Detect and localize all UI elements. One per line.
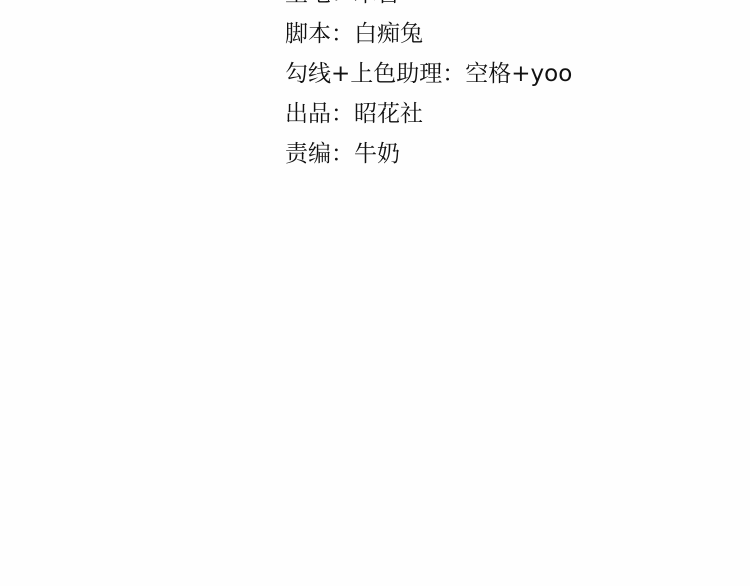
credit-line-lead-artist: 主笔：木吉 <box>285 0 572 14</box>
credit-line-assistants: 勾线+上色助理：空格+yoo <box>285 54 572 94</box>
credit-name: 白痴兔 <box>354 21 423 47</box>
credit-role: 主笔 <box>285 0 331 7</box>
credit-line-producer: 出品：昭花社 <box>285 94 572 134</box>
credit-role: 责编 <box>285 141 331 167</box>
credit-name: 空格+yoo <box>465 61 572 87</box>
credit-name: 昭花社 <box>354 101 423 127</box>
credit-role: 勾线+上色助理 <box>285 61 442 87</box>
credit-role: 出品 <box>285 101 331 127</box>
credit-line-script: 脚本：白痴兔 <box>285 14 572 54</box>
credit-line-editor: 责编：牛奶 <box>285 134 572 174</box>
credit-separator: ： <box>442 61 465 87</box>
credit-separator: ： <box>331 21 354 47</box>
credit-role: 脚本 <box>285 21 331 47</box>
credit-name: 木吉 <box>354 0 400 7</box>
credit-separator: ： <box>331 0 354 7</box>
credits-list: 主笔：木吉 脚本：白痴兔 勾线+上色助理：空格+yoo 出品：昭花社 责编：牛奶 <box>285 0 572 174</box>
credit-separator: ： <box>331 101 354 127</box>
credit-name: 牛奶 <box>354 141 400 167</box>
credit-separator: ： <box>331 141 354 167</box>
